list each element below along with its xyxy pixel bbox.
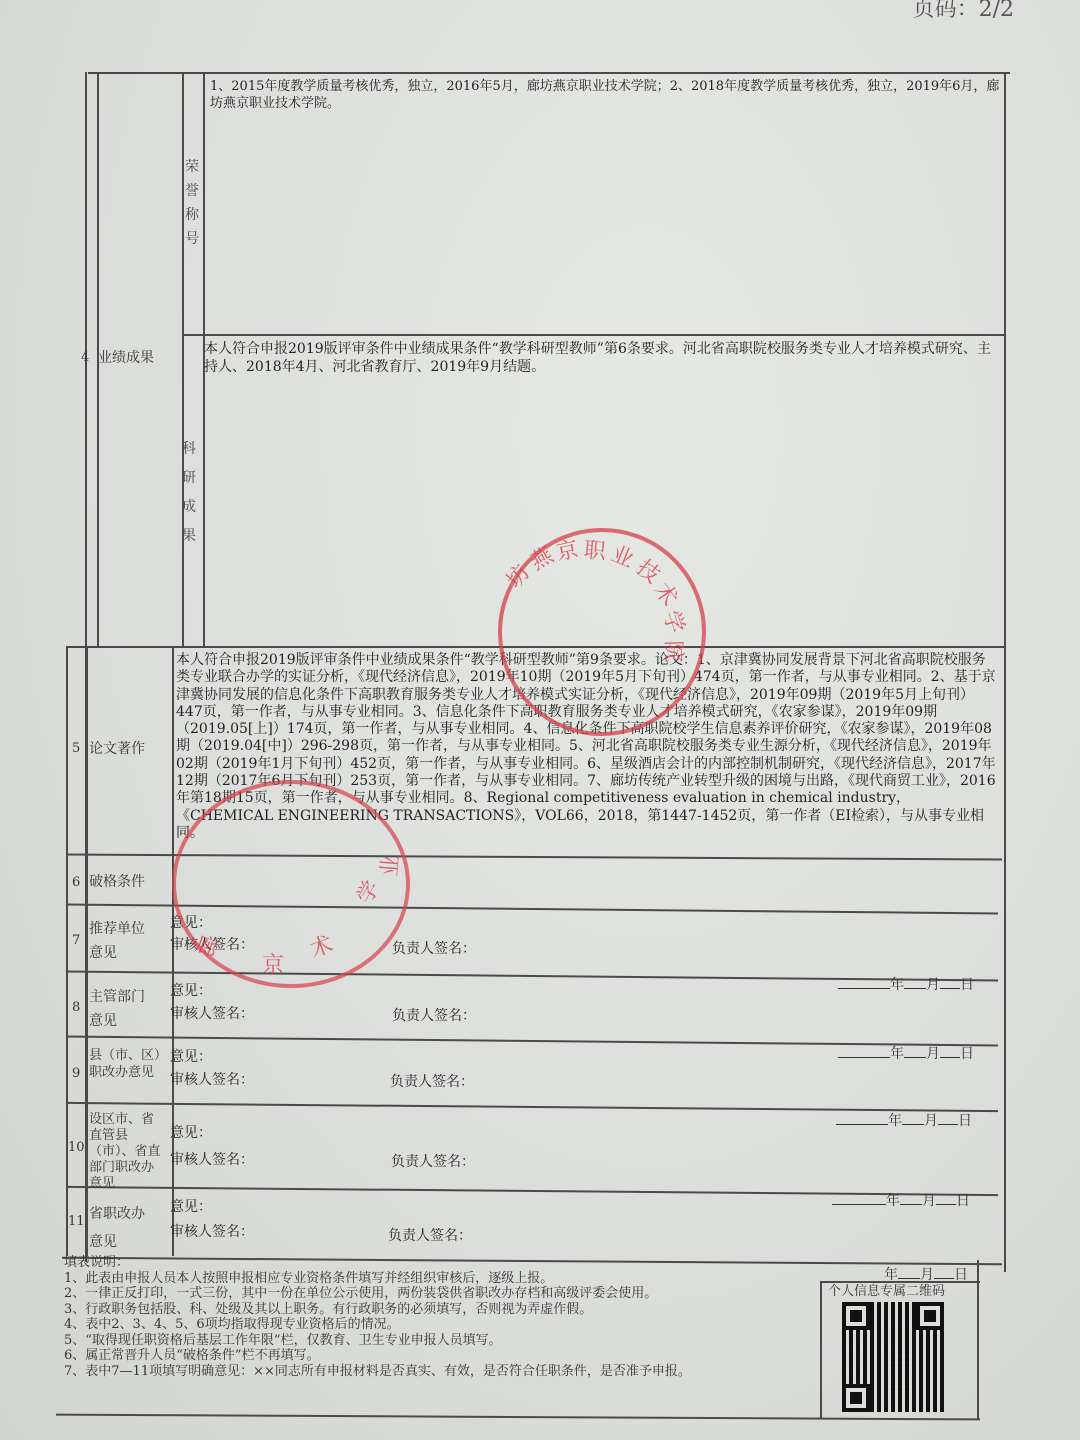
date-field[interactable]: 年月日 (884, 1264, 968, 1284)
row-label-county-office: 县（市、区）职改办意见 (89, 1047, 164, 1081)
row-label-performance: 业绩成果 (98, 346, 154, 370)
row-label-recommending-unit: 推荐单位意见 (89, 917, 149, 965)
note-item: 1、此表由申报人员本人按照申报相应专业资格条件填写并经组织审核后，逐级上报。 (64, 1271, 824, 1287)
opinion-label: 意见： (170, 982, 212, 1000)
seal-text: 院 (659, 640, 691, 663)
qr-label: 个人信息专属二维码 (828, 1283, 978, 1300)
row-number: 4 (81, 350, 89, 365)
row-label-papers: 论文著作 (89, 737, 145, 761)
document-page: 页码：2/2 4 业绩成果 荣 誉 称 号 1、2015年度教学质量考核优秀，独… (0, 0, 1080, 1440)
col-divider (66, 646, 68, 1256)
note-item: 4、表中2、3、4、5、6项均指取得现专业资格后的情况。 (64, 1317, 824, 1333)
reviewer-signature-label[interactable]: 审核人签名： (170, 1151, 254, 1169)
research-text: 本人符合申报2019版评审条件中业绩成果条件“教学科研型教师”第6条要求。河北省… (204, 340, 1000, 376)
row-number: 7 (72, 933, 80, 948)
date-field[interactable]: 年月日 (838, 1043, 974, 1063)
reviewer-signature-label[interactable]: 审核人签名： (170, 1223, 254, 1241)
sublabel-research: 科 研 成 果 (181, 435, 197, 551)
opinion-label: 意见： (170, 1048, 212, 1066)
qr-finder-icon (916, 1302, 944, 1330)
qr-finder-icon (842, 1302, 870, 1330)
row-number: 11 (68, 1214, 85, 1229)
honors-text: 1、2015年度教学质量考核优秀，独立，2016年5月，廊坊燕京职业技术学院；2… (210, 78, 1000, 112)
row-number: 9 (72, 1066, 80, 1081)
sublabel-honors: 荣 誉 称 号 (184, 155, 200, 251)
table-right-border (1004, 72, 1006, 1272)
date-field[interactable]: 年月日 (832, 1190, 970, 1210)
row-number: 10 (68, 1140, 85, 1155)
qr-finder-icon (842, 1384, 870, 1412)
row-label-exceptional: 破格条件 (89, 870, 145, 894)
reviewer-signature-label[interactable]: 审核人签名： (170, 1005, 254, 1023)
table-bottom-border (56, 1414, 980, 1421)
leader-signature-label[interactable]: 负责人签名： (392, 940, 476, 958)
note-item: 6、属正常晋升人员“破格条件”栏不再填写。 (64, 1348, 824, 1364)
leader-signature-label[interactable]: 负责人签名： (391, 1153, 475, 1171)
row-number: 5 (72, 741, 80, 756)
opinion-label: 意见： (170, 1198, 212, 1216)
page-number: 页码：2/2 (913, 0, 1014, 23)
leader-signature-label[interactable]: 负责人签名： (392, 1007, 476, 1025)
date-field[interactable]: 年月日 (838, 974, 974, 994)
date-field[interactable]: 年月日 (836, 1110, 972, 1130)
row-number: 6 (72, 875, 80, 890)
row-divider (182, 334, 1004, 336)
note-item: 7、表中7—11项填写明确意见：××同志所有申报材料是否真实、有效，是否符合任职… (64, 1364, 824, 1380)
note-item: 2、一律正反打印，一式三份，其中一份在单位公示使用，两份装袋供省职改办存档和高级… (64, 1286, 824, 1302)
note-item: 3、行政职务包括股、科、处级及其以上职务。有行政职务的必须填写，否则视为弄虚作假… (64, 1302, 824, 1318)
seal-text: 业 (373, 853, 406, 878)
col-divider (86, 646, 88, 1256)
row-label-city-office: 设区市、省直管县（市）、省直部门职改办意见 (89, 1112, 165, 1192)
opinion-label: 意见： (170, 1124, 212, 1142)
notes-title: 填表说明： (64, 1255, 824, 1271)
qr-code-icon (842, 1302, 944, 1412)
row-number: 8 (72, 1000, 80, 1015)
fill-instructions: 填表说明： 1、此表由申报人员本人按照申报相应专业资格条件填写并经组织审核后，逐… (64, 1255, 824, 1379)
leader-signature-label[interactable]: 负责人签名： (390, 1073, 474, 1091)
reviewer-signature-label[interactable]: 审核人签名： (170, 1071, 254, 1089)
leader-signature-label[interactable]: 负责人签名： (388, 1227, 472, 1245)
seal-text: 职 (583, 533, 608, 566)
row-label-competent-dept: 主管部门意见 (89, 985, 149, 1033)
note-item: 5、“取得现任职资格后基层工作年限”栏，仅教育、卫生专业申报人员填写。 (64, 1333, 824, 1349)
row-label-provincial-office: 省职改办意见 (89, 1200, 151, 1256)
table-top-border (88, 72, 1010, 74)
seal-text: 京 (262, 948, 284, 979)
